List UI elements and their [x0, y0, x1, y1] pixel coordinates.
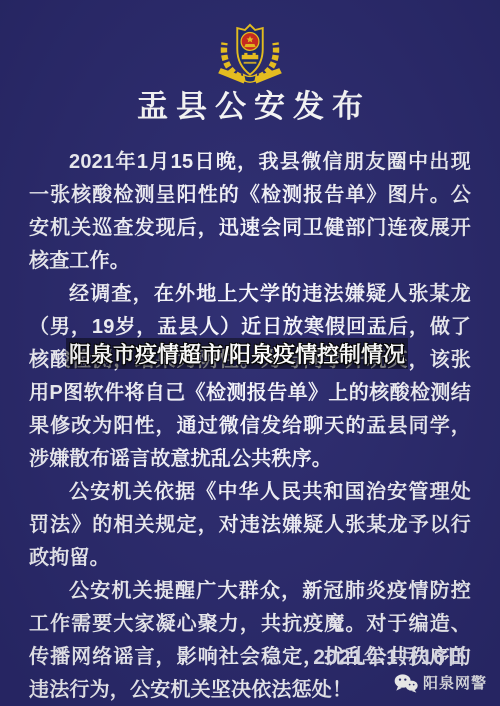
page-title: 盂县公安发布 — [0, 88, 500, 126]
wechat-icon — [394, 673, 418, 693]
police-emblem-icon — [211, 16, 289, 86]
watermark: 阳泉网警 — [394, 672, 487, 693]
police-announcement-poster: 盂县公安发布 2021年1月15日晚，我县微信朋友圈中出现一张核酸检测呈阳性的《… — [0, 0, 500, 706]
paragraph-punishment: 公安机关依据《中华人民共和国治安管理处罚法》的相关规定，对违法嫌疑人张某龙予以行… — [29, 476, 471, 575]
paragraph-incident: 2021年1月15日晚，我县微信朋友圈中出现一张核酸检测呈阳性的《检测报告单》图… — [29, 146, 471, 278]
video-caption-overlay: 阳泉市疫情超市/阳泉疫情控制情况 — [66, 338, 408, 369]
caption-text: 阳泉市疫情超市/阳泉疫情控制情况 — [69, 338, 405, 369]
paragraph-investigation: 经调查，在外地上大学的违法嫌疑人张某龙（男，19岁，盂县人）近日放寒假回盂后，做… — [29, 278, 471, 476]
watermark-label: 阳泉网警 — [423, 672, 487, 693]
announcement-date: 2021年1月16日 — [313, 641, 468, 671]
announcement-body: 2021年1月15日晚，我县微信朋友圈中出现一张核酸检测呈阳性的《检测报告单》图… — [29, 146, 471, 706]
